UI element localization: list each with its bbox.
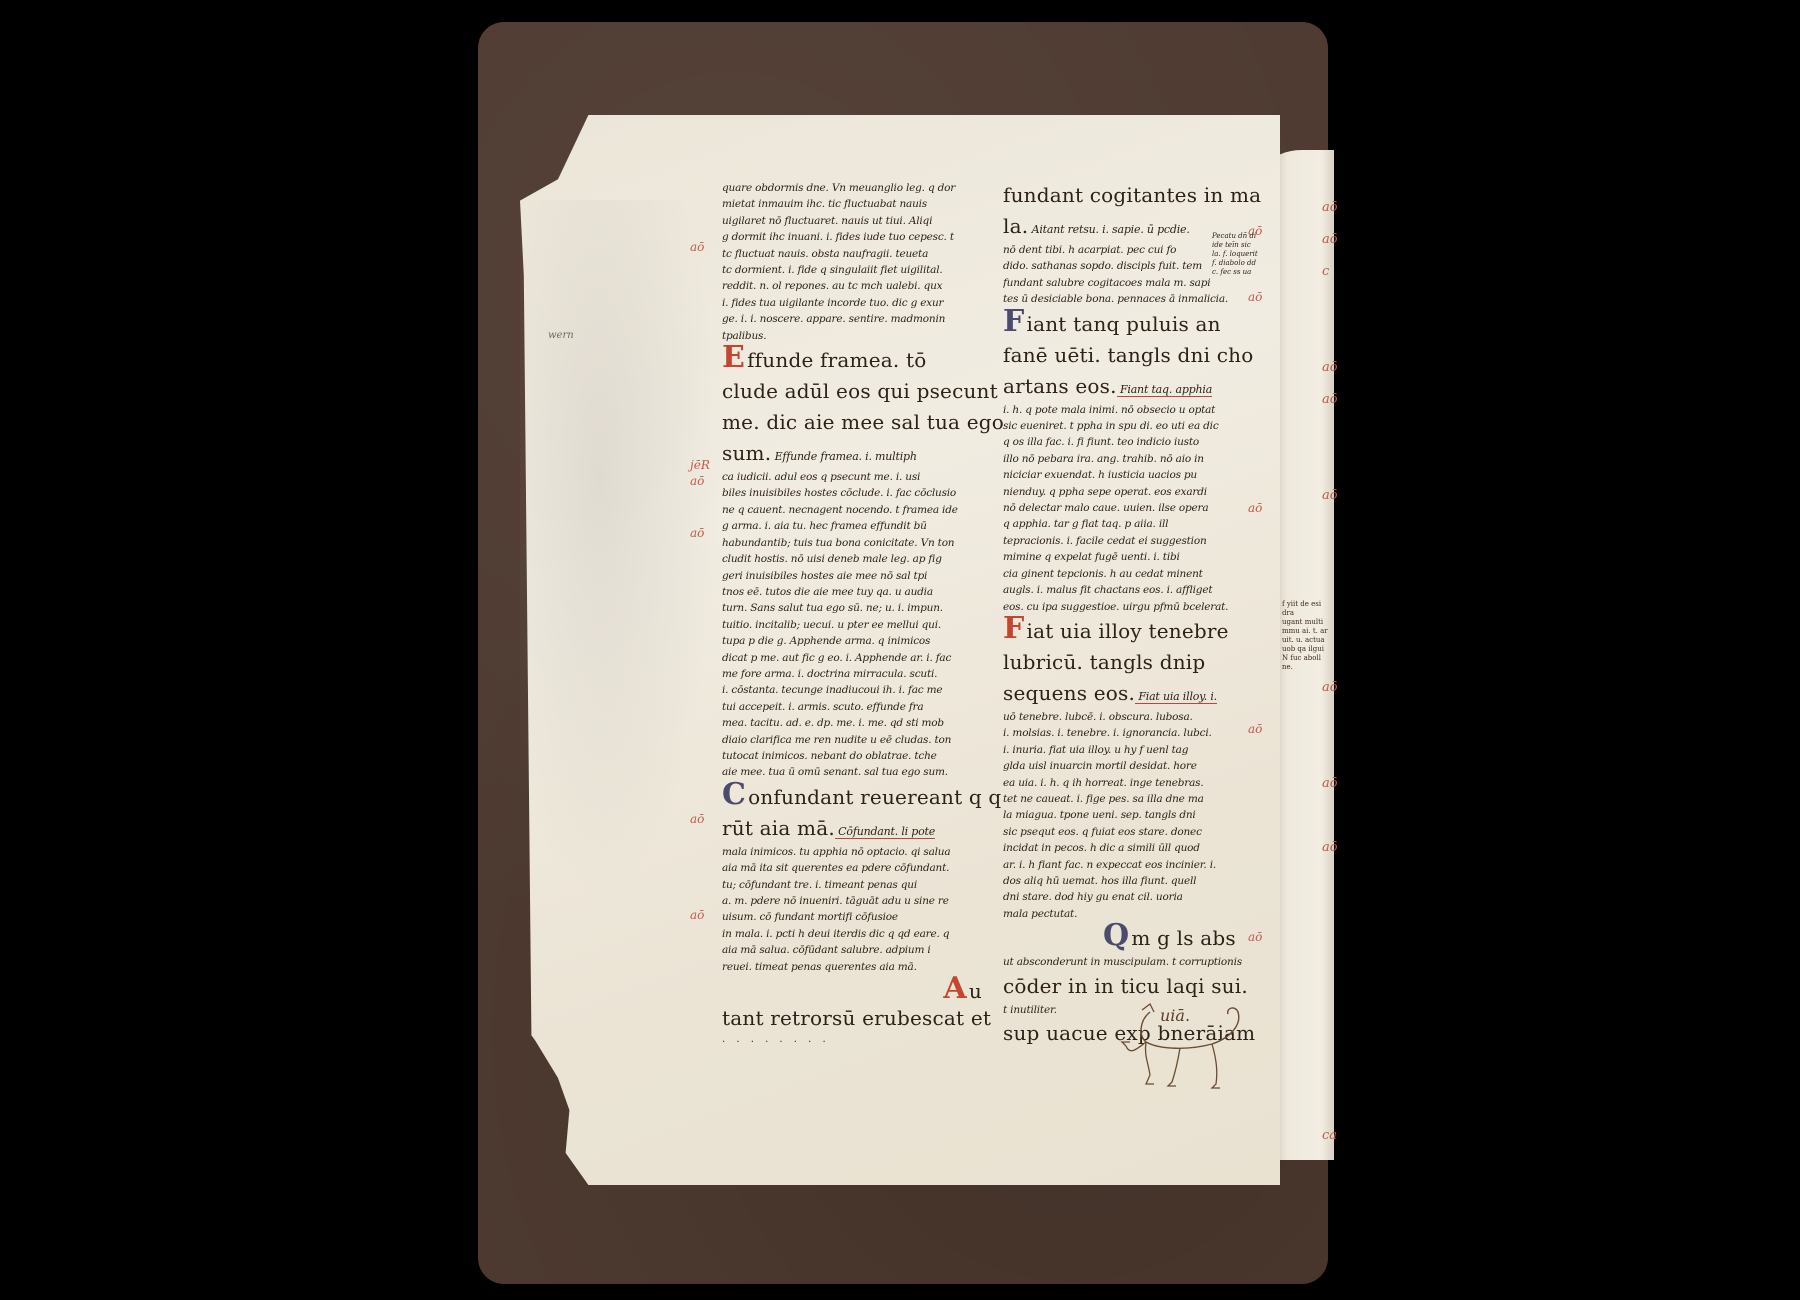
main-text: m g ls abs [1131, 926, 1236, 950]
main-text: ffunde framea. tō [747, 348, 926, 372]
main-text: sequens eos. [1003, 681, 1135, 705]
facing-mark [1322, 1096, 1336, 1128]
gloss-line: nō delectar malo caue. uuien. ilse opera [1003, 500, 1263, 516]
gloss-line: eos. cu ipa suggestioe. uirgu pfmū bcele… [1003, 599, 1263, 615]
margin-note-left: aō [690, 526, 704, 540]
main-text-line: cōder in in ticu laqi sui. [1003, 971, 1263, 1002]
facing-mark [1322, 552, 1336, 584]
margin-note-left: jēR [690, 458, 710, 472]
gloss-line: tuitio. incitalib; uecui. u pter ee mell… [722, 617, 982, 633]
gloss-line: ea uia. i. h. q ih horreat. inge tenebra… [1003, 775, 1263, 791]
main-text-line: fundant cogitantes in ma [1003, 180, 1263, 211]
gloss-line: quare obdormis dne. Vn meuanglio leg. q … [722, 180, 982, 196]
gloss-line: g arma. i. aia tu. hec framea effundit b… [722, 518, 982, 534]
gloss-line: tpalibus. [722, 328, 982, 344]
facing-mark [1322, 1000, 1336, 1032]
inline-gloss: Fiant taq. apphia [1117, 383, 1212, 397]
decorated-initial: Q [1103, 918, 1129, 953]
main-text: tant retrorsū erubescat et [722, 1006, 991, 1030]
main-text: lubricū. tangls dnip [1003, 650, 1205, 674]
dot-row: . . . . . . . . [722, 1034, 982, 1045]
gloss-line: uō tenebre. lubcē. i. obscura. lubosa. [1003, 709, 1263, 725]
main-text-line: Qm g ls abs [1003, 922, 1263, 954]
decorated-initial: F [1003, 611, 1025, 646]
margin-note-left: aō [690, 812, 704, 826]
gloss-line: biles inuisibiles hostes cōclude. i. fac… [722, 485, 982, 501]
gloss-line: mietat inmauim ihc. tic fluctuabat nauis [722, 196, 982, 212]
margin-note-left: aō [690, 240, 704, 254]
gloss-line: ar. i. h fiant fac. n expeccat eos incin… [1003, 857, 1263, 873]
facing-mark [1322, 296, 1336, 328]
gloss-line: sic psequt eos. q fuiat eos stare. donec [1003, 824, 1263, 840]
main-text-line: Fiat uia illoy tenebre [1003, 615, 1263, 647]
facing-note-line: uit. u. actua [1282, 636, 1330, 645]
facing-mark [1322, 424, 1336, 456]
main-text-line: tant retrorsū erubescat et [722, 1003, 982, 1034]
gloss-line: tes ū desiciable bona. pennaces ā inmali… [1003, 291, 1263, 307]
facing-mark [1322, 520, 1336, 552]
gloss-line: mea. tacitu. ad. e. dp. me. i. me. qd st… [722, 715, 982, 731]
gloss-line: dni stare. dod hiy gu enat cil. uoria [1003, 889, 1263, 905]
gloss-line: fundant salubre cogitacoes mala m. sapi [1003, 275, 1263, 291]
main-text: u [969, 979, 982, 1003]
facing-mark: aō [1322, 232, 1336, 264]
gloss-line: niciciar exuendat. h iusticia uacios pu [1003, 467, 1263, 483]
main-text-line: Fiant tanq puluis an [1003, 308, 1263, 340]
main-text-line: lubricū. tangls dnip [1003, 647, 1263, 678]
gloss-line: uigilaret nō fluctuaret. nauis ut tiui. … [722, 213, 982, 229]
gloss-line: tet ne caueat. i. fige pes. sa illa dne … [1003, 791, 1263, 807]
main-text: clude adūl eos qui psecunt [722, 379, 998, 403]
main-text: fanē uēti. tangls dni cho [1003, 343, 1254, 367]
main-text-line: sum. Effunde framea. i. multiph [722, 438, 982, 469]
inline-gloss: Fiat uia illoy. i. [1135, 690, 1217, 704]
main-text: rūt aia mā. [722, 816, 835, 840]
right-text-column: fundant cogitantes in mala. Aitant retsu… [1003, 180, 1263, 1049]
main-text: la. [1003, 214, 1028, 238]
facing-note-line: ne. [1282, 663, 1330, 672]
facing-mark [1322, 328, 1336, 360]
facing-mark: aō [1322, 392, 1336, 424]
facing-mark [1322, 872, 1336, 904]
main-text-line: clude adūl eos qui psecunt [722, 376, 982, 407]
facing-mark: aō [1322, 840, 1336, 872]
gloss-line: mimine q expelat fugē uenti. i. tibi [1003, 549, 1263, 565]
main-text-line: Confundant reuereant q q [722, 781, 982, 813]
gloss-line: diaio clarifica me ren nudite u eē cluda… [722, 732, 982, 748]
side-gloss: Pecatu dñ diide teīn sicla. f. loqueritf… [1212, 232, 1272, 277]
gloss-line: tepracionis. i. facile cedat ei suggesti… [1003, 533, 1263, 549]
doodle-word: uiā. [1160, 1006, 1190, 1025]
facing-note-line: N fuc aboll [1282, 654, 1330, 663]
gloss-line: i. molsias. i. tenebre. i. ignorancia. l… [1003, 725, 1263, 741]
facing-page-note: f yiit de esi draugant multimmu ai. t. a… [1282, 600, 1330, 672]
gloss-line: incidat in pecos. h dic a simili ūll quo… [1003, 840, 1263, 856]
margin-note-right: aō [1248, 290, 1262, 304]
facing-mark [1322, 808, 1336, 840]
gloss-line: i. inuria. fiat uia illoy. u hy f uenl t… [1003, 742, 1263, 758]
margin-note-right: aō [1248, 722, 1262, 736]
main-text-line: Au [722, 975, 982, 1003]
gloss-line: nienduy. q ppha sepe operat. eos exardi [1003, 484, 1263, 500]
gloss-line: illo nō pebara ira. ang. trahib. nō aio … [1003, 451, 1263, 467]
facing-mark [1322, 904, 1336, 936]
gloss-line: dos aliq hū uemat. hos illa fiunt. quell [1003, 873, 1263, 889]
facing-mark [1322, 968, 1336, 1000]
facing-note-line: ugant multi [1282, 618, 1330, 627]
gloss-line: tu; cōfundant tre. i. timeant penas qui [722, 877, 982, 893]
gloss-line: mala inimicos. tu apphia nō optacio. qi … [722, 844, 982, 860]
main-text: onfundant reuereant q q [748, 785, 1001, 809]
main-text-line: rūt aia mā. Cōfundant. li pote [722, 813, 982, 844]
main-text-line: sequens eos. Fiat uia illoy. i. [1003, 678, 1263, 709]
margin-note-left: aō [690, 908, 704, 922]
gloss-line: turn. Sans salut tua ego sū. ne; u. i. i… [722, 600, 982, 616]
decorated-initial: E [722, 340, 745, 375]
gloss-line: tupa p die g. Apphende arma. q inimicos [722, 633, 982, 649]
gloss-line: q apphia. tar g fiat taq. p aiia. ill [1003, 516, 1263, 532]
facing-mark: aō [1322, 680, 1336, 712]
gloss-line: me fore arma. i. doctrina mirracula. scu… [722, 666, 982, 682]
gloss-line: tc fluctuat nauis. obsta naufragii. teue… [722, 246, 982, 262]
gloss-line: cia ginent tepcionis. h au cedat minent [1003, 566, 1263, 582]
facing-mark: c [1322, 264, 1336, 296]
gloss-line: aia mā ita sit querentes ea pdere cōfund… [722, 860, 982, 876]
gloss-line: tutocat inimicos. nebant do oblatrae. tc… [722, 748, 982, 764]
inline-gloss: Aitant retsu. i. sapie. ū pcdie. [1028, 223, 1189, 236]
gloss-line: i. h. q pote mala inimi. nō obsecio u op… [1003, 402, 1263, 418]
facing-mark [1322, 744, 1336, 776]
gloss-line: ne q cauent. necnagent nocendo. t framea… [722, 502, 982, 518]
interlinear-gloss: ut absconderunt in muscipulam. t corrupt… [1003, 954, 1263, 970]
gloss-line: habundantib; tuis tua bona conicitate. V… [722, 535, 982, 551]
facing-mark [1322, 1064, 1336, 1096]
gloss-line: tui accepeit. i. armis. scuto. effunde f… [722, 699, 982, 715]
margin-note-right: aō [1248, 501, 1262, 515]
side-gloss-line: f. diabolo dd [1212, 259, 1272, 268]
facing-note-line: uob qa ilgui [1282, 645, 1330, 654]
gloss-line: aia mā salua. cōfūdant salubre. adpium i [722, 942, 982, 958]
gloss-line: glda uisl inuarcin mortil desidat. hore [1003, 758, 1263, 774]
left-text-column: quare obdormis dne. Vn meuanglio leg. q … [722, 180, 982, 1045]
gloss-line: dicat p me. aut fic g eo. i. Apphende ar… [722, 650, 982, 666]
facing-page-marks: aōaōcaōaōaōaōaōaōca [1322, 200, 1336, 1160]
gloss-line: augls. i. malus fit chactans eos. i. aff… [1003, 582, 1263, 598]
gloss-line: i. cōstanta. tecunge inadiucoui ih. i. f… [722, 682, 982, 698]
gloss-line: sic eueniret. t ppha in spu di. eo uti e… [1003, 418, 1263, 434]
main-text: iat uia illoy tenebre [1027, 619, 1229, 643]
inline-gloss: Effunde framea. i. multiph [771, 450, 916, 463]
margin-note-right: aō [1248, 930, 1262, 944]
main-text: sum. [722, 441, 771, 465]
facing-note-line: f yiit de esi dra [1282, 600, 1330, 618]
gloss-line: i. fides tua uigilante incorde tuo. dic … [722, 295, 982, 311]
gloss-line: ca iudicii. adul eos q psecunt me. i. us… [722, 469, 982, 485]
gloss-line: q os illa fac. i. fi fiunt. teo indicio … [1003, 434, 1263, 450]
facing-mark: ca [1322, 1128, 1336, 1160]
gloss-line: reddit. n. ol repones. au tc mch ualebi.… [722, 278, 982, 294]
pencil-mark: wern [548, 330, 574, 341]
gloss-line: mala pectutat. [1003, 906, 1263, 922]
gloss-line: aie mee. tua ū omū senant. sal tua ego s… [722, 764, 982, 780]
main-text-line: me. dic aie mee sal tua ego [722, 407, 982, 438]
main-text-line: artans eos. Fiant taq. apphia [1003, 371, 1263, 402]
side-gloss-line: la. f. loquerit [1212, 250, 1272, 259]
side-gloss-line: Pecatu dñ di [1212, 232, 1272, 241]
main-text-line: fanē uēti. tangls dni cho [1003, 340, 1263, 371]
gloss-line: cludit hostis. nō uisi deneb male leg. a… [722, 551, 982, 567]
gloss-line: la miagua. tpone ueni. sep. tangls dni [1003, 807, 1263, 823]
facing-mark [1322, 456, 1336, 488]
margin-note-left: aō [690, 474, 704, 488]
side-gloss-line: c. fec ss ua [1212, 268, 1272, 277]
main-text: artans eos. [1003, 374, 1117, 398]
decorated-initial: C [722, 777, 746, 812]
gloss-line: tc dormient. i. fide q singulaiit fiet u… [722, 262, 982, 278]
gloss-line: tnos eē. tutos die aie mee tuy qa. u aud… [722, 584, 982, 600]
gloss-line: uisum. cō fundant mortifi cōfusioe [722, 909, 982, 925]
facing-mark: aō [1322, 776, 1336, 808]
gloss-line: in mala. i. pcti h deui iterdis dic q qd… [722, 926, 982, 942]
facing-mark [1322, 712, 1336, 744]
gloss-line: ge. i. i. noscere. appare. sentire. madm… [722, 311, 982, 327]
main-text: cōder in in ticu laqi sui. [1003, 974, 1248, 998]
facing-mark [1322, 936, 1336, 968]
gloss-line: a. m. pdere nō inueniri. tāguāt adu u si… [722, 893, 982, 909]
facing-mark: aō [1322, 200, 1336, 232]
facing-mark [1322, 1032, 1336, 1064]
main-text-line: Effunde framea. tō [722, 344, 982, 376]
facing-mark: aō [1322, 360, 1336, 392]
decorated-initial: F [1003, 304, 1025, 339]
side-gloss-line: ide teīn sic [1212, 241, 1272, 250]
gloss-line: g dormit ihc inuani. i. fides iude tuo c… [722, 229, 982, 245]
inline-gloss: Cōfundant. li pote [835, 825, 935, 839]
decorated-initial: A [943, 971, 966, 1006]
main-text: fundant cogitantes in ma [1003, 183, 1261, 207]
facing-mark: aō [1322, 488, 1336, 520]
facing-note-line: mmu ai. t. ar [1282, 627, 1330, 636]
main-text: me. dic aie mee sal tua ego [722, 410, 1004, 434]
main-text: iant tanq puluis an [1027, 312, 1221, 336]
gloss-line: geri inuisibiles hostes aie mee nō sal t… [722, 568, 982, 584]
